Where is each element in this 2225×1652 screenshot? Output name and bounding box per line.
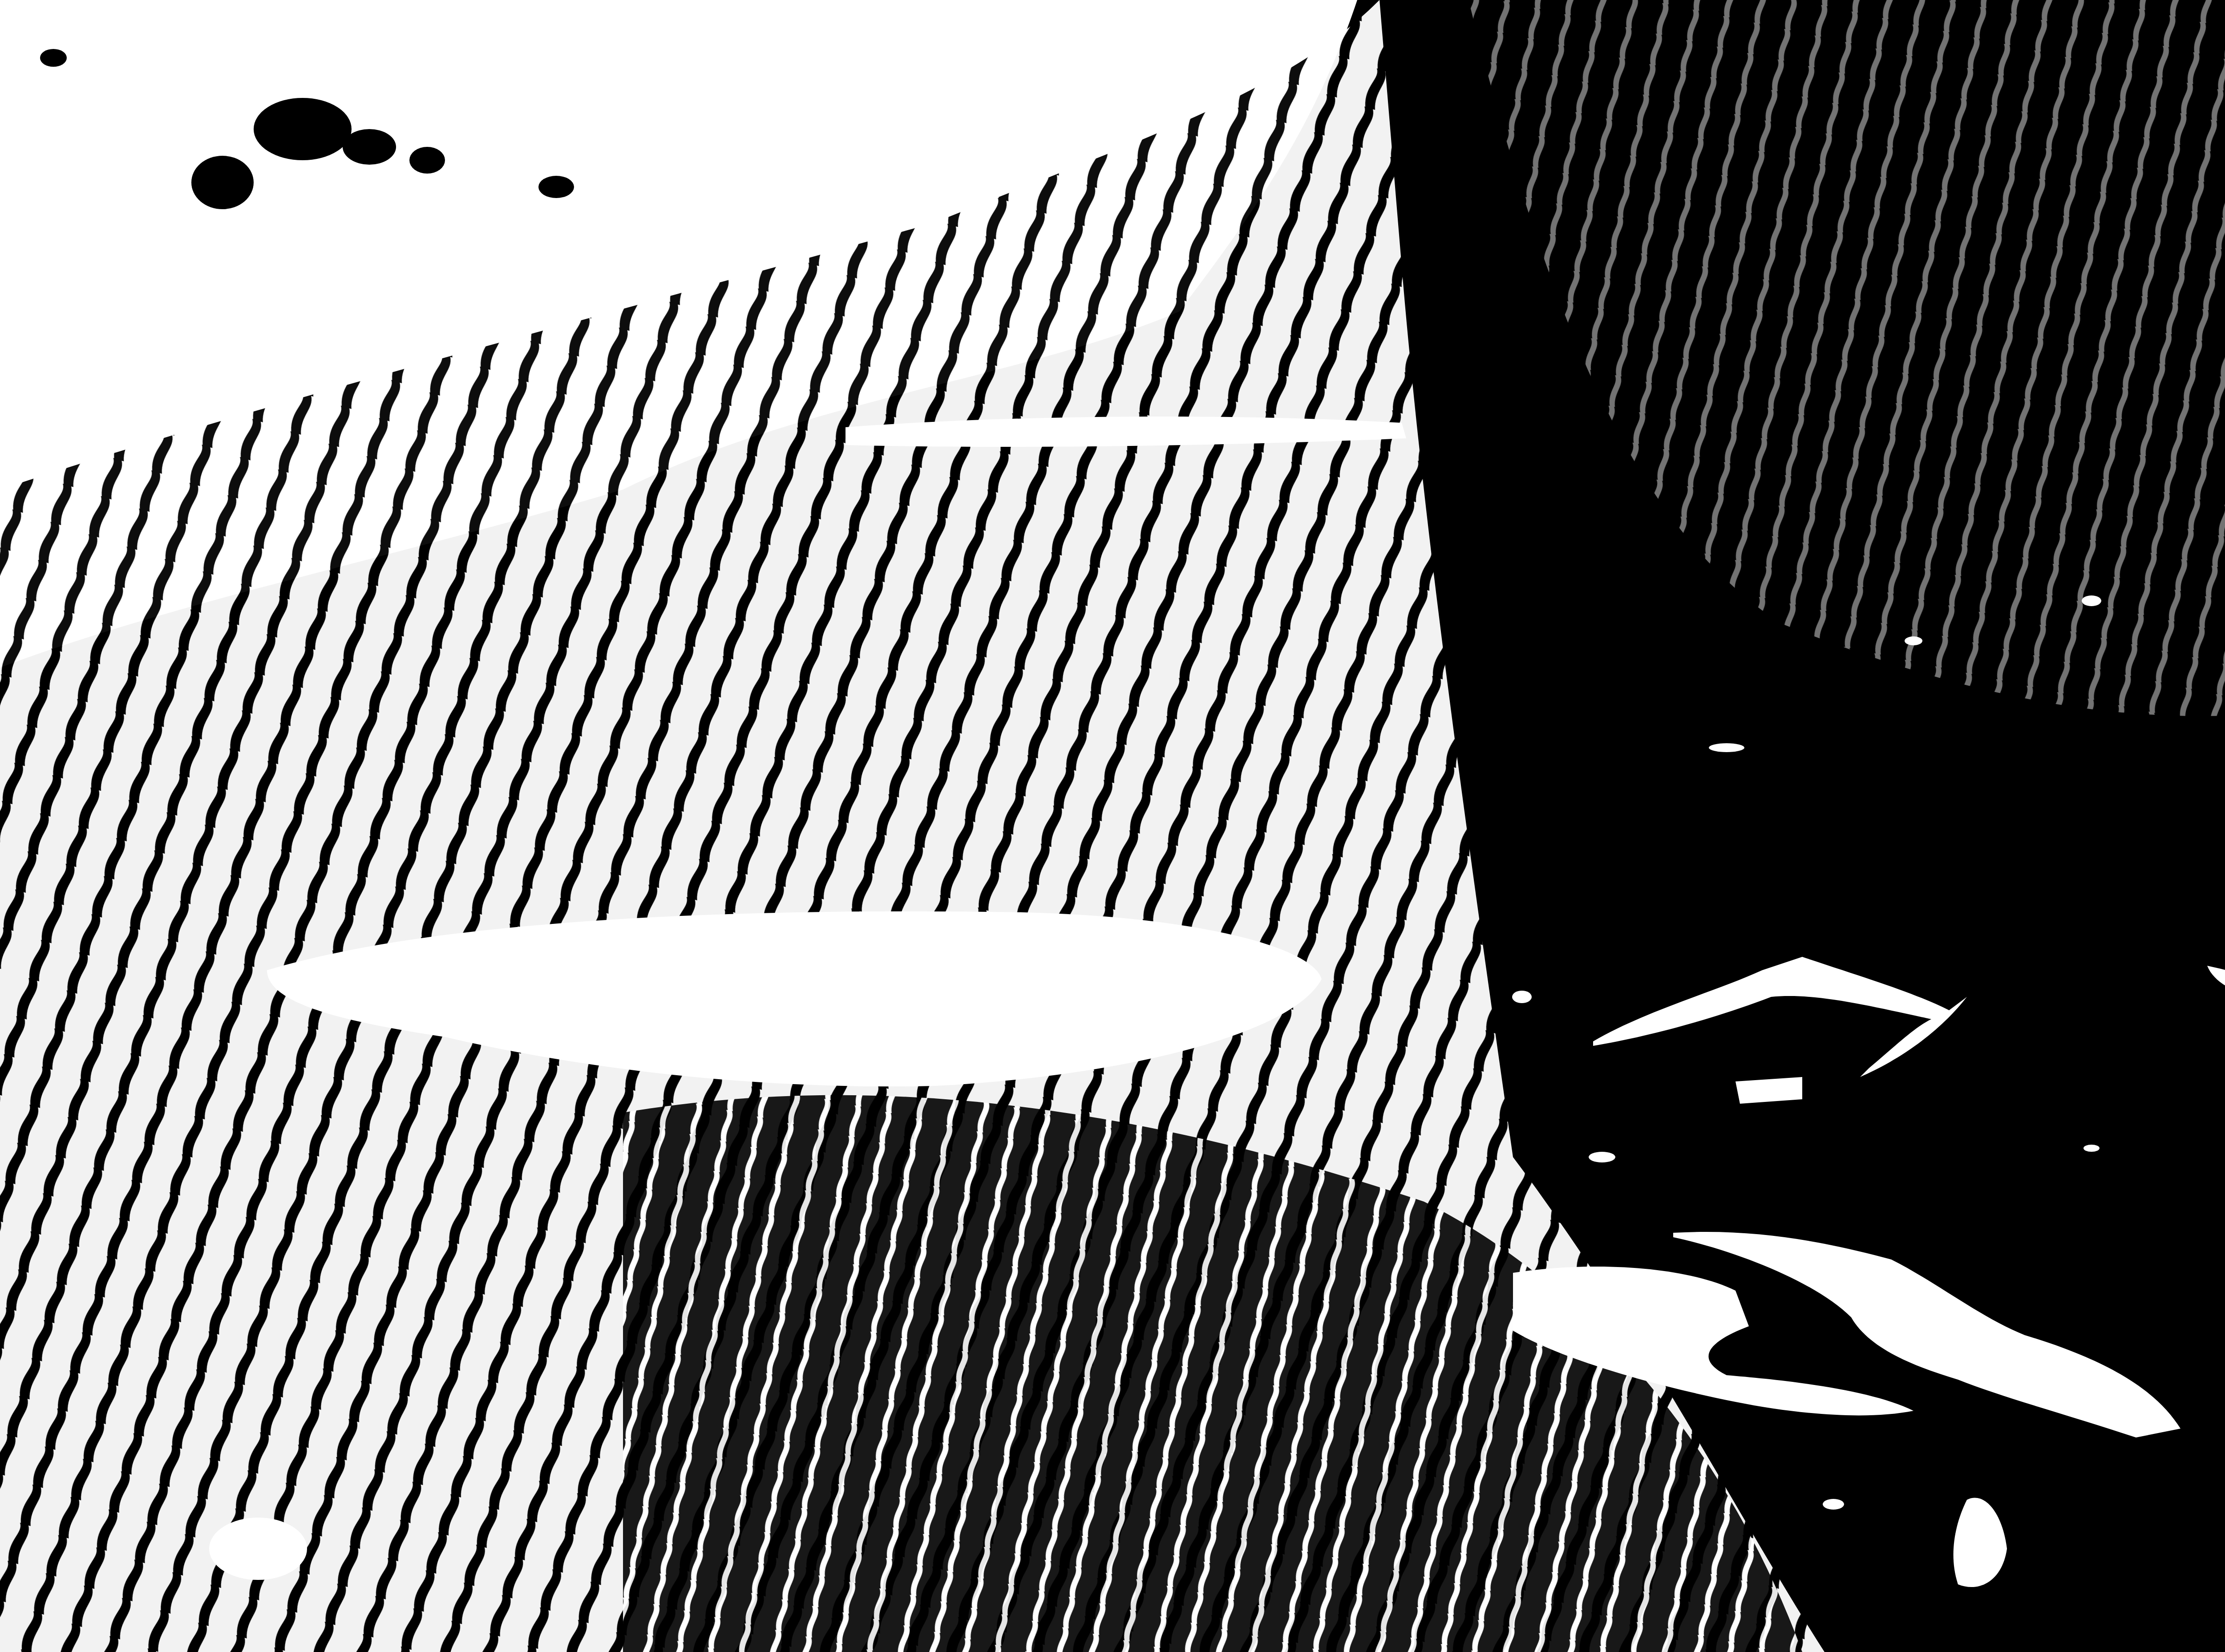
small-island: [1735, 1077, 1802, 1104]
binarized-photo: [0, 0, 2225, 1652]
lower-left-blob: [209, 1518, 307, 1580]
